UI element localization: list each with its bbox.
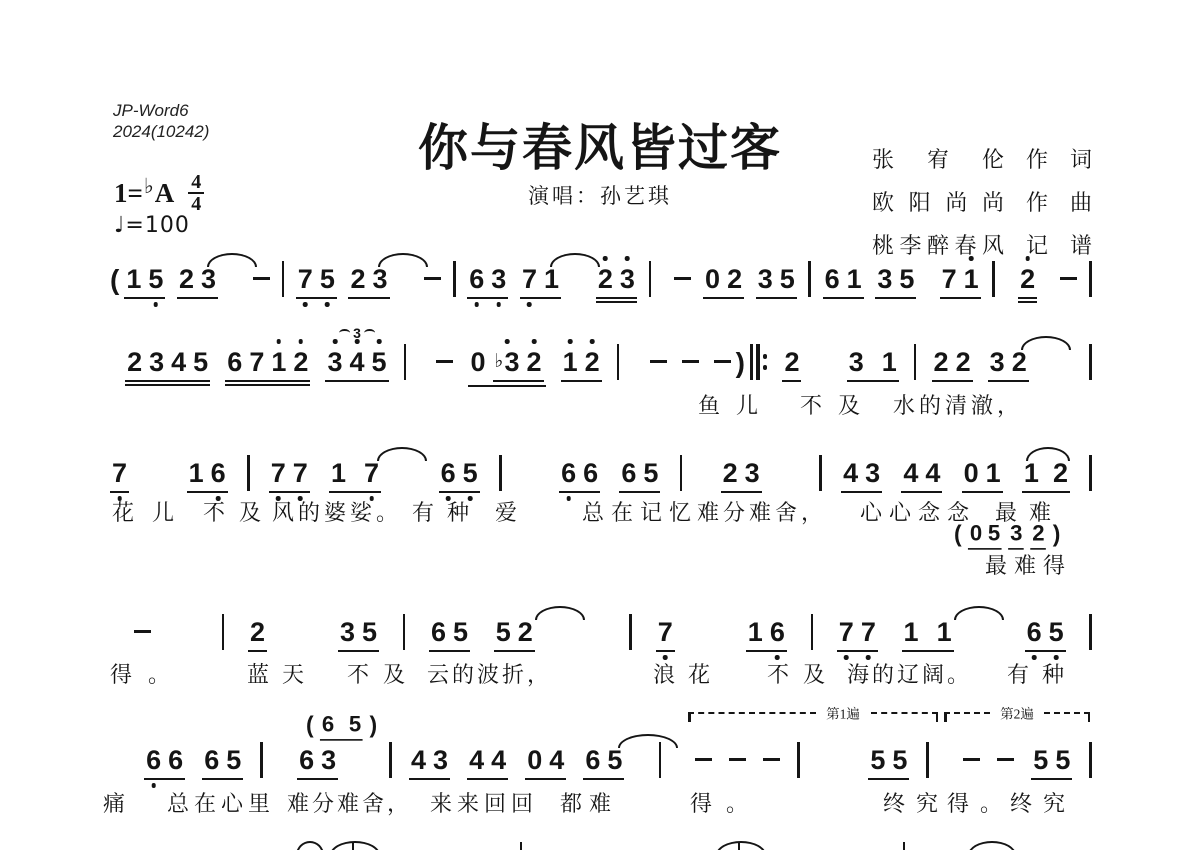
note-digit: 6 <box>204 745 219 775</box>
music-paren: ) <box>369 712 377 737</box>
note-digit: 1 <box>937 617 952 647</box>
note: 7 <box>658 617 673 647</box>
barline <box>453 261 456 297</box>
notation-system-2: 2345671234530♭3212)2312232 <box>110 347 1092 389</box>
note-digit: 2 <box>934 347 949 377</box>
duration-dash <box>424 277 441 280</box>
tempo-marking: ♩=100 <box>114 213 190 238</box>
note-digit: 7 <box>112 458 127 488</box>
credit-role-char: 谱 <box>1070 229 1092 260</box>
barline <box>499 455 502 491</box>
credit-name: 欧阳尚尚 <box>872 186 1004 217</box>
meter-numerator: 4 <box>191 174 201 190</box>
note: 1 <box>847 264 862 294</box>
lyric-chunk: 海的辽阔。 <box>847 658 972 689</box>
beam-group: 66 <box>144 745 185 780</box>
octave-dot-above <box>277 339 282 344</box>
barline <box>404 344 407 380</box>
note-digit: 1 <box>904 617 919 647</box>
token-cluster: (15 <box>110 264 165 299</box>
note: 6 <box>825 264 840 294</box>
beam-group: 3 <box>1008 521 1024 550</box>
note: 2 <box>723 458 738 488</box>
note-digit: 1 <box>964 264 979 294</box>
note: 7 <box>271 458 286 488</box>
barline <box>1089 261 1092 297</box>
note-digit: 6 <box>621 458 636 488</box>
octave-dot-below <box>566 496 571 501</box>
note-digit: 3 <box>620 264 635 294</box>
note-digit: 6 <box>431 617 446 647</box>
lyric-chunk: 终究 <box>1010 787 1076 818</box>
beam-group: ♭32 <box>493 347 544 382</box>
note-digit: 5 <box>892 745 907 775</box>
credit-role-char: 词 <box>1070 143 1092 174</box>
note-digit: 4 <box>171 347 186 377</box>
barline <box>1089 742 1092 778</box>
tempo-equals: = <box>125 213 144 238</box>
lyric-chunk: 得。 <box>690 787 762 818</box>
duration-dash <box>1060 277 1077 280</box>
octave-dot-above <box>568 339 573 344</box>
octave-dot-above <box>299 339 304 344</box>
note-digit: 5 <box>643 458 658 488</box>
note-digit: 6 <box>825 264 840 294</box>
barline <box>680 455 683 491</box>
note-digit: 3 <box>433 745 448 775</box>
barline <box>282 261 285 297</box>
octave-dot-above <box>969 256 974 261</box>
note-digit: 7 <box>271 458 286 488</box>
lyric-chunk: 鱼儿 <box>698 389 774 420</box>
slur-arc-curve <box>954 606 1004 620</box>
note-digit: 5 <box>362 617 377 647</box>
credit-role-char: 曲 <box>1070 186 1092 217</box>
beam-group: 15 <box>124 264 165 299</box>
beam-group: 17 <box>329 458 381 493</box>
note: 4 <box>843 458 858 488</box>
sheet-music-page: { "watermark": {"line1": "JP-Word6", "li… <box>0 0 1200 850</box>
note: 2 <box>127 347 142 377</box>
lyric-chunk: 终究 <box>883 787 949 818</box>
barline <box>260 742 263 778</box>
beam-group: 2 <box>248 617 267 652</box>
beam-group: 2 <box>1031 521 1047 550</box>
note-digit: 2 <box>1020 264 1035 294</box>
beam-group: 23 <box>348 264 389 299</box>
barline <box>629 614 632 650</box>
note-digit: 4 <box>903 458 918 488</box>
music-paren: ) <box>736 347 745 378</box>
note-digit: 4 <box>925 458 940 488</box>
note: 3 <box>849 347 864 377</box>
note: 6 <box>227 347 242 377</box>
credit-role-char: 作 <box>1026 143 1048 174</box>
note: 7 <box>112 458 127 488</box>
note-digit: 5 <box>780 264 795 294</box>
note-digit: 2 <box>179 264 194 294</box>
note: 5 <box>148 264 163 294</box>
note-digit: 4 <box>350 347 365 377</box>
note-digit: 7 <box>522 264 537 294</box>
note: 7 <box>839 617 854 647</box>
beam-group: 23 <box>596 264 637 299</box>
parenthetical-notes: (65) <box>306 712 377 741</box>
note: 1 <box>904 617 919 647</box>
cutoff-slur-arc <box>968 841 1016 850</box>
note-digit: 0 <box>527 745 542 775</box>
credit-name-char: 醉 <box>927 229 949 260</box>
cutoff-slur-arc <box>330 841 380 850</box>
note-digit: 3 <box>849 347 864 377</box>
note-digit: 5 <box>1055 745 1070 775</box>
credit-name-char: 欧 <box>872 186 894 217</box>
beam-group: 05 <box>968 521 1002 550</box>
octave-dot-below <box>527 302 532 307</box>
slur-arc-curve <box>550 253 600 267</box>
note: 7 <box>942 264 957 294</box>
duration-dash <box>134 630 151 633</box>
octave-dot-above <box>1025 256 1030 261</box>
note-digit: 1 <box>1024 458 1039 488</box>
credit-name-char: 张 <box>872 143 894 174</box>
note: 1 <box>882 347 897 377</box>
note-digit: 3 <box>990 347 1005 377</box>
note-digit: 2 <box>1012 347 1027 377</box>
barline <box>914 344 917 380</box>
beam-group: 16 <box>746 617 787 652</box>
credit-role: 作曲 <box>1026 186 1092 217</box>
octave-dot-below <box>497 302 502 307</box>
slur-arc-curve <box>1021 336 1071 350</box>
octave-dot-below <box>325 302 330 307</box>
note-digit: 6 <box>1027 617 1042 647</box>
beam-group: 65 <box>1025 617 1066 652</box>
note-digit: 2 <box>127 347 142 377</box>
note: 5 <box>453 617 468 647</box>
beam-group: 44 <box>467 745 508 780</box>
note: 6 <box>211 458 226 488</box>
note-digit: 7 <box>861 617 876 647</box>
credit-name-char: 桃 <box>872 229 894 260</box>
note: 6 <box>322 712 334 737</box>
note-digit: 2 <box>250 617 265 647</box>
note: 5 <box>320 264 335 294</box>
note: 6 <box>621 458 636 488</box>
volta-bracket-1: 第1遍 <box>688 712 938 714</box>
octave-dot-below <box>154 302 159 307</box>
note-digit: 2 <box>727 264 742 294</box>
credit-role: 作词 <box>1026 143 1092 174</box>
note: 5 <box>643 458 658 488</box>
slur-arc-curve <box>535 606 585 620</box>
note-digit: 7 <box>249 347 264 377</box>
barline <box>617 344 620 380</box>
barline <box>403 614 406 650</box>
note: 3 <box>327 347 342 377</box>
lyric-chunk: 总在心里 <box>167 787 275 818</box>
music-paren: ( <box>954 521 962 546</box>
beam-group: 52 <box>494 617 535 652</box>
beam-group: 63 <box>467 264 508 299</box>
barline <box>247 455 250 491</box>
note: 2 <box>598 264 613 294</box>
note: 6 <box>770 617 785 647</box>
note: 5 <box>349 712 361 737</box>
note-digit: 1 <box>271 347 286 377</box>
note-digit: 5 <box>1049 617 1064 647</box>
flat-icon: ♭ <box>495 347 504 375</box>
note: 3 <box>340 617 355 647</box>
octave-dot-above <box>505 339 510 344</box>
barline <box>811 614 814 650</box>
music-paren: ( <box>110 264 119 295</box>
note: 5 <box>899 264 914 294</box>
note: 4 <box>925 458 940 488</box>
note: 0 <box>470 347 485 377</box>
slur-arc-curve <box>207 253 257 267</box>
note: 5 <box>607 745 622 775</box>
note: 7 <box>364 458 379 488</box>
note-digit: 4 <box>469 745 484 775</box>
note: 2 <box>784 347 799 377</box>
barline <box>649 261 652 297</box>
beam-group: 71 <box>520 264 561 299</box>
note: 5 <box>372 347 387 377</box>
octave-dot-above <box>532 339 537 344</box>
note: 1 <box>563 347 578 377</box>
beam-group: 7 <box>656 617 675 652</box>
note-digit: 6 <box>583 458 598 488</box>
octave-dot-above <box>377 339 382 344</box>
triplet-arc-right <box>364 329 375 337</box>
note: 0 <box>970 521 982 546</box>
credit-role: 记谱 <box>1026 229 1092 260</box>
note-digit: 4 <box>843 458 858 488</box>
beam-group: 12 <box>1022 458 1070 493</box>
slur-arc-curve <box>618 734 678 748</box>
note: 2 <box>250 617 265 647</box>
credit-name-char: 伦 <box>982 143 1004 174</box>
note-digit: 7 <box>658 617 673 647</box>
note: ♭3 <box>495 347 520 377</box>
time-signature: 4 4 <box>188 174 204 212</box>
note: 5 <box>1033 745 1048 775</box>
note: 6 <box>146 745 161 775</box>
beam-group: 2 <box>1018 264 1037 299</box>
duration-dash <box>436 360 453 363</box>
beam-group: 7 <box>110 458 129 493</box>
beam-group: 23 <box>177 264 218 299</box>
barline <box>222 614 225 650</box>
lyric-chunk: 花儿 <box>112 496 192 527</box>
duration-dash <box>253 277 270 280</box>
beam-group: 65 <box>202 745 243 780</box>
note-digit: 4 <box>491 745 506 775</box>
note-digit: 4 <box>549 745 564 775</box>
note-digit: 2 <box>518 617 533 647</box>
note: 1 <box>126 264 141 294</box>
duration-dash <box>997 758 1014 761</box>
credit-name-char: 阳 <box>909 186 931 217</box>
octave-dot-below <box>151 783 156 788</box>
note: 2 <box>727 264 742 294</box>
barline <box>1089 614 1092 650</box>
note: 5 <box>870 745 885 775</box>
note: 5 <box>193 347 208 377</box>
note-digit: 6 <box>146 745 161 775</box>
octave-dot-above <box>590 339 595 344</box>
note-digit: 5 <box>226 745 241 775</box>
note: 6 <box>469 264 484 294</box>
note: 5 <box>496 617 511 647</box>
note: 0 <box>964 458 979 488</box>
key-letter: A <box>155 178 175 209</box>
note-digit: 3 <box>877 264 892 294</box>
note: 2 <box>1053 458 1068 488</box>
note: 6 <box>561 458 576 488</box>
lyric-chunk: 来来回回 <box>430 787 538 818</box>
note-digit: 5 <box>607 745 622 775</box>
beam-group: 35 <box>756 264 797 299</box>
lyric-chunk: 不及 <box>800 389 876 420</box>
lyric-chunk: 不及 <box>203 496 275 527</box>
note: 1 <box>331 458 346 488</box>
slur-arc-curve <box>377 447 427 461</box>
note: 0 <box>705 264 720 294</box>
note-digit: 6 <box>441 458 456 488</box>
note: 5 <box>780 264 795 294</box>
note-digit: 3 <box>865 458 880 488</box>
octave-dot-above <box>603 256 608 261</box>
triplet-mark: 3 <box>339 326 375 340</box>
key-prefix: 1= <box>114 178 143 209</box>
beam-group: 11 <box>902 617 954 652</box>
volta-bracket-2: 第2遍 <box>944 712 1090 714</box>
credit-name-char: 李 <box>899 229 921 260</box>
beam-group: 43 <box>409 745 450 780</box>
note-digit: 1 <box>748 617 763 647</box>
note-digit: 6 <box>585 745 600 775</box>
note: 3 <box>373 264 388 294</box>
note: 2 <box>293 347 308 377</box>
note-digit: 6 <box>168 745 183 775</box>
cutoff-slur-arc <box>296 841 324 850</box>
duration-dash <box>695 758 712 761</box>
note-digit: 0 <box>964 458 979 488</box>
note-digit: 7 <box>839 617 854 647</box>
note-digit: 3 <box>504 347 519 377</box>
volta-label: 第1遍 <box>819 702 867 722</box>
beam-group: 04 <box>525 745 566 780</box>
octave-dot-below <box>474 302 479 307</box>
note-digit: 3 <box>1010 521 1022 546</box>
tempo-value: 100 <box>145 213 190 238</box>
note: 4 <box>491 745 506 775</box>
octave-dot-below <box>303 302 308 307</box>
lyric-chunk: 有种 <box>412 496 482 527</box>
note: 4 <box>411 745 426 775</box>
note: 2 <box>527 347 542 377</box>
beam-group: 16 <box>187 458 228 493</box>
note-digit: 3 <box>201 264 216 294</box>
beam-group: 44 <box>901 458 942 493</box>
cutoff-bar-tick <box>352 842 354 850</box>
lyric-chunk: 风的婆娑。 <box>272 496 402 527</box>
parenthetical-notes: (0532) <box>954 521 1060 550</box>
triplet-number: 3 <box>353 326 361 340</box>
lyric-chunk: 得。 <box>947 787 1013 818</box>
note-digit: 2 <box>527 347 542 377</box>
note: 2 <box>956 347 971 377</box>
note: 4 <box>469 745 484 775</box>
duration-dash <box>682 360 699 363</box>
note-digit: 1 <box>563 347 578 377</box>
beam-group: 2 <box>782 347 801 382</box>
note: 2 <box>350 264 365 294</box>
note: 5 <box>362 617 377 647</box>
note-digit: 2 <box>598 264 613 294</box>
barline <box>819 455 822 491</box>
notation-system-4: 2356552716771165 <box>110 617 1092 659</box>
note-digit: 1 <box>882 347 897 377</box>
barline <box>1089 344 1092 380</box>
beam-group: 77 <box>269 458 310 493</box>
note-digit: 2 <box>585 347 600 377</box>
note-digit: 3 <box>758 264 773 294</box>
cutoff-bar-tick <box>520 842 522 850</box>
quarter-note-icon: ♩ <box>114 213 125 238</box>
note-digit: 1 <box>331 458 346 488</box>
repeat-dots <box>763 344 768 380</box>
note: 3 <box>201 264 216 294</box>
note-digit: 0 <box>705 264 720 294</box>
note: 7 <box>298 264 313 294</box>
note-digit: 2 <box>350 264 365 294</box>
note: 5 <box>226 745 241 775</box>
credits-block: 张宥伦作词欧阳尚尚作曲桃李醉春风记谱 <box>872 143 1092 272</box>
lyric-chunk: 有种 <box>1007 658 1077 689</box>
note-digit: 4 <box>411 745 426 775</box>
lyric-chunk: 痛 <box>103 787 125 818</box>
beam-group: 12 <box>561 347 602 382</box>
note: 3 <box>149 347 164 377</box>
note: 4 <box>903 458 918 488</box>
note: 1 <box>748 617 763 647</box>
credit-name-char: 宥 <box>927 143 949 174</box>
beam-group: 65 <box>439 458 480 493</box>
note: 2 <box>585 347 600 377</box>
credit-name: 桃李醉春风 <box>872 229 1004 260</box>
octave-dot-above <box>333 339 338 344</box>
beam-group: 23 <box>721 458 762 493</box>
beam-group: 35 <box>875 264 916 299</box>
note-digit: 3 <box>321 745 336 775</box>
note-digit: 7 <box>364 458 379 488</box>
duration-dash <box>674 277 691 280</box>
lyric-chunk: 蓝天 <box>247 658 317 689</box>
note: 6 <box>431 617 446 647</box>
note: 3 <box>865 458 880 488</box>
note-digit: 2 <box>293 347 308 377</box>
note-digit: 5 <box>320 264 335 294</box>
notation-system-5: 666563434404655555 <box>110 745 1092 787</box>
beam-group: 77 <box>837 617 878 652</box>
note-digit: 5 <box>372 347 387 377</box>
beam-group: 65 <box>320 712 363 741</box>
note-digit: 5 <box>496 617 511 647</box>
beam-group: 32 <box>988 347 1029 382</box>
